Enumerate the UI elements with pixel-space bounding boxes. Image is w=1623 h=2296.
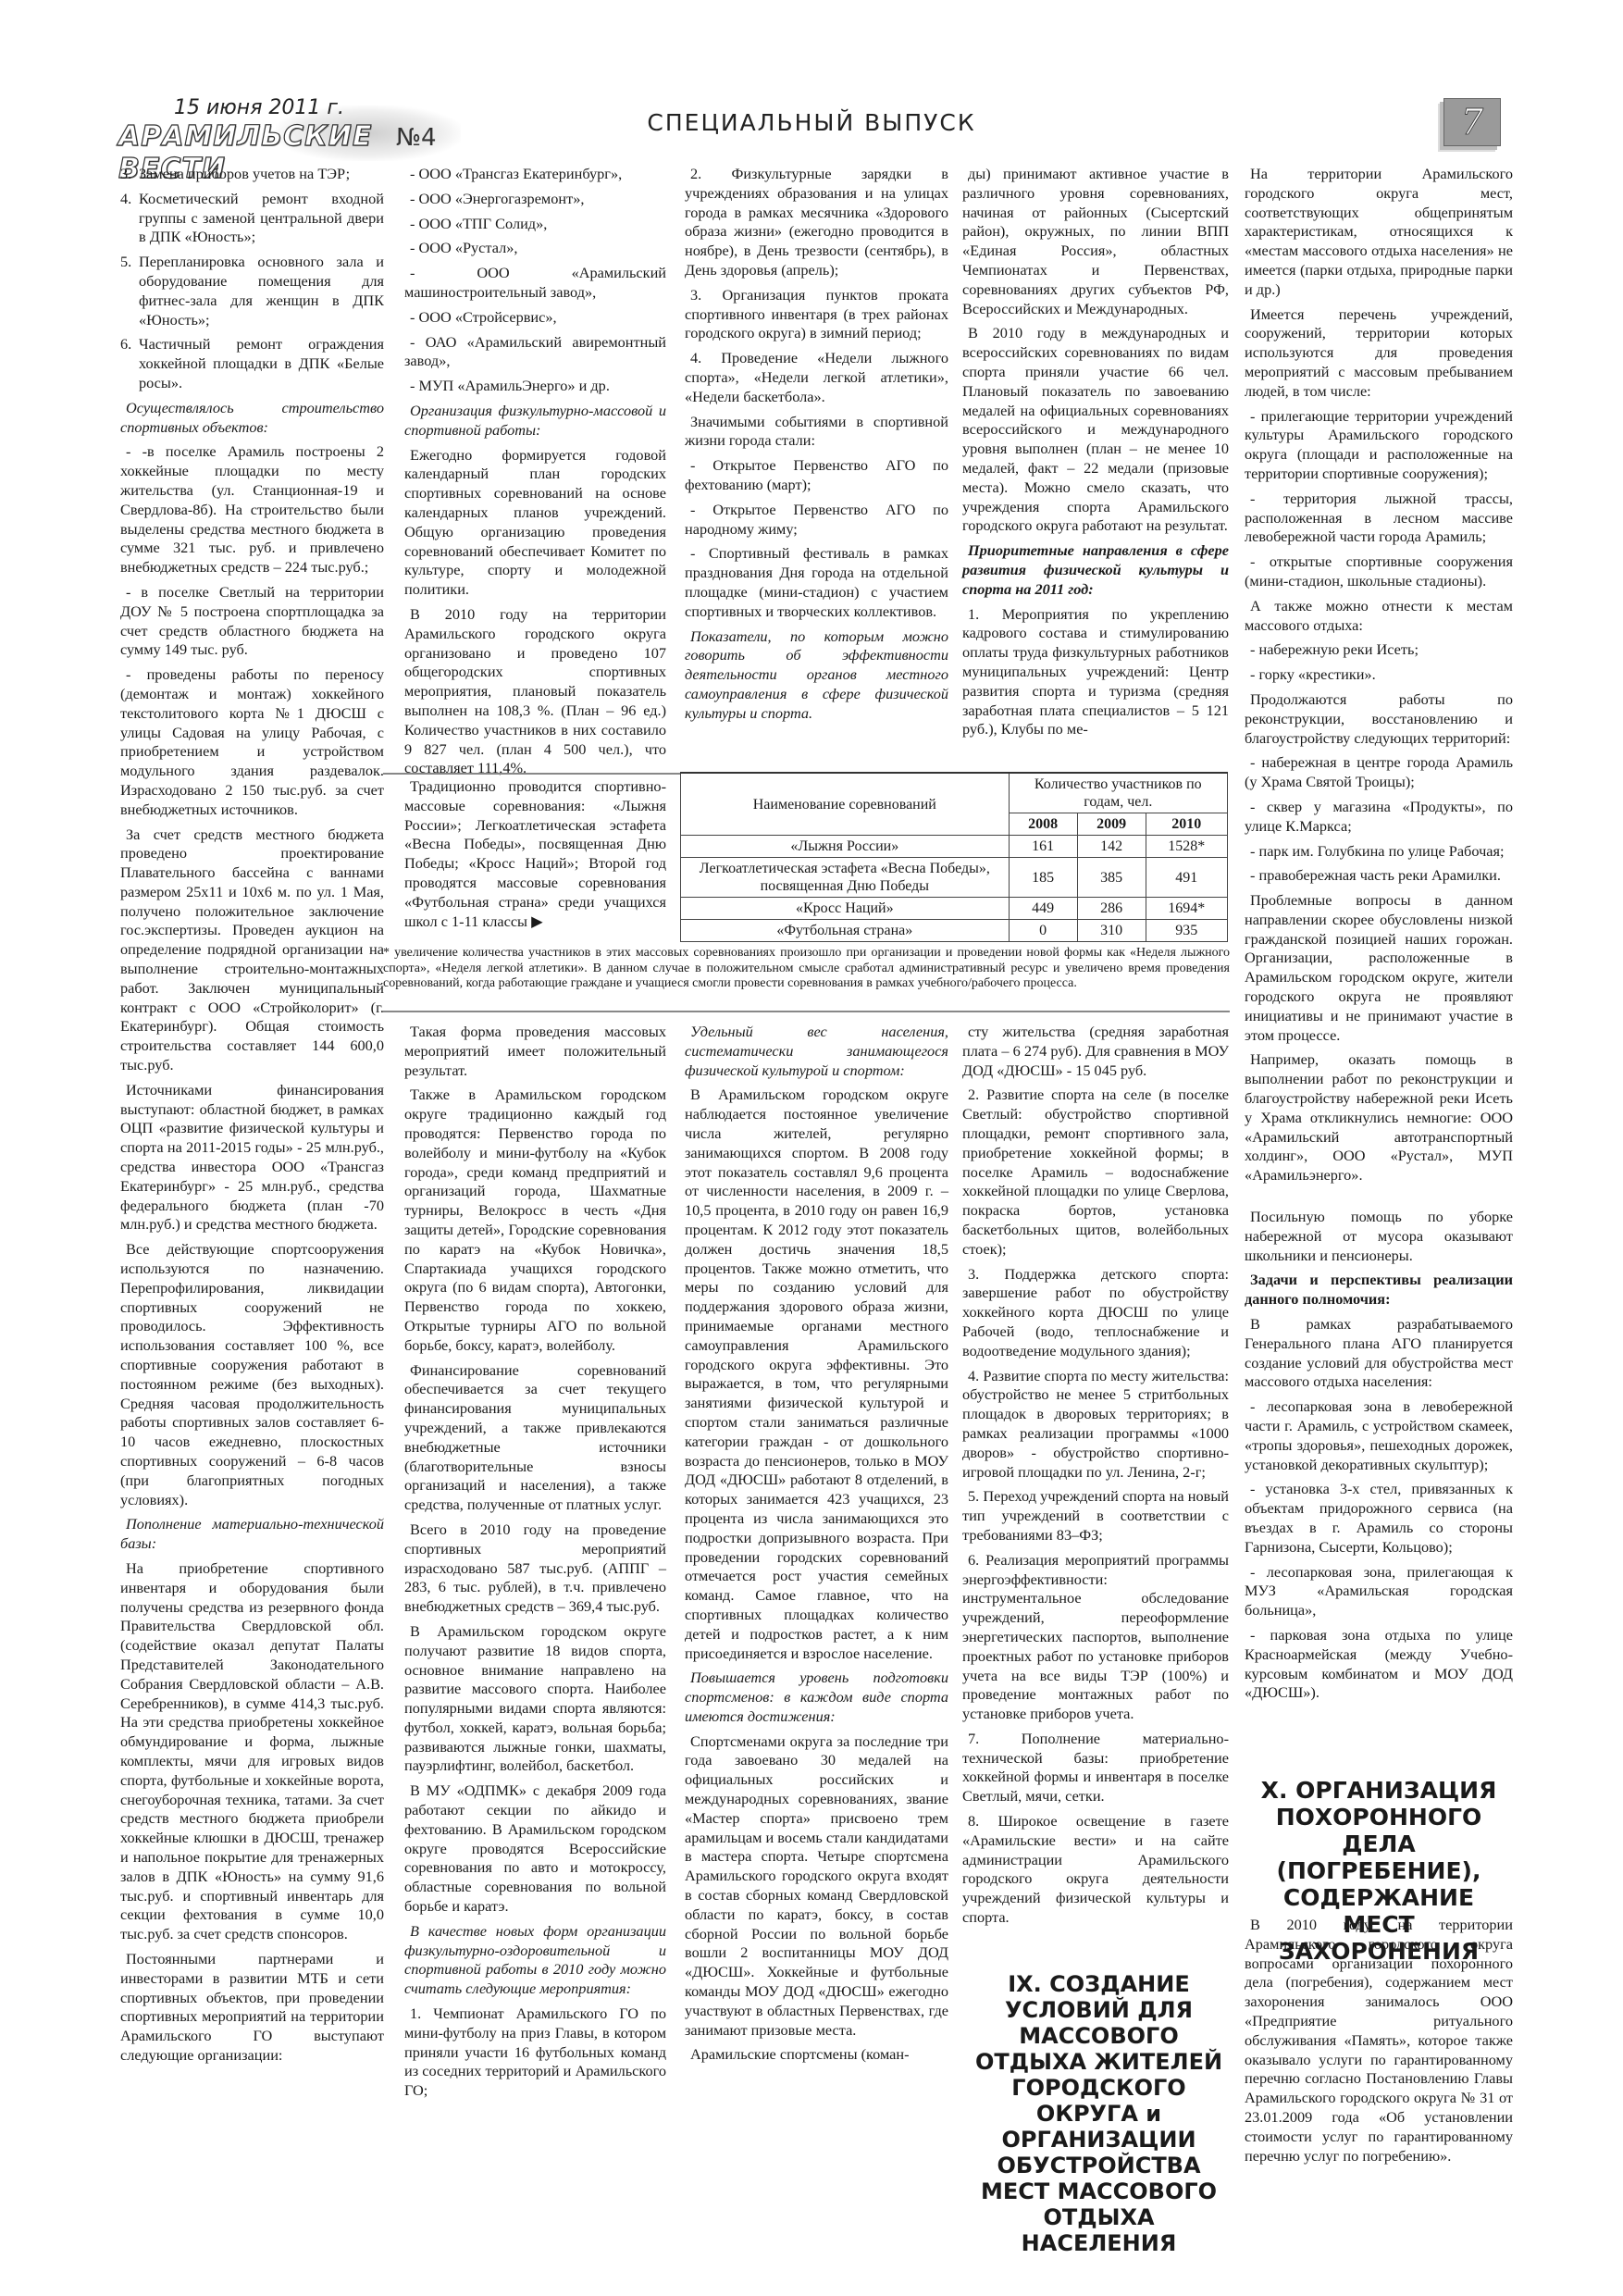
paragraph: - ООО «Трансгаз Екатеринбург»,	[404, 165, 666, 184]
paragraph: - набережная в центре города Арамиль (у …	[1245, 753, 1513, 792]
paragraph: сту жительства (средняя заработная плата…	[962, 1023, 1229, 1080]
paragraph: - проведены работы по переносу (демонтаж…	[120, 665, 384, 819]
table-row: Легкоатлетическая эстафета «Весна Победы…	[681, 858, 1228, 898]
list-number: 3.	[120, 165, 131, 184]
column-4-top: ды) принимают активное участие в различн…	[962, 165, 1229, 745]
paragraph: Источниками финансирования выступают: об…	[120, 1081, 384, 1235]
paragraph: 1. Мероприятия по укреплению кадрового с…	[962, 605, 1229, 740]
paragraph: Удельный вес населения, систематически з…	[685, 1023, 948, 1080]
paragraph: - лесопарковая зона в левобережной части…	[1245, 1397, 1513, 1474]
paragraph: Также в Арамильском городском округе тра…	[404, 1086, 666, 1355]
paragraph: - сквер у магазина «Продукты», по улице …	[1245, 798, 1513, 837]
list-text: Косметический ремонт входной группы с за…	[139, 190, 384, 246]
paragraph: В Арамильском городском округе наблюдает…	[685, 1086, 948, 1663]
paragraph: Такая форма проведения массовых мероприя…	[404, 1023, 666, 1080]
paragraph: На приобретение спортивного инвентаря и …	[120, 1559, 384, 1944]
paragraph: Повышается уровень подготовки спортсмено…	[685, 1669, 948, 1726]
column-2-mid: Традиционно проводится спортивно-массовы…	[404, 777, 666, 937]
list-item: 4.Косметический ремонт входной группы с …	[120, 190, 384, 247]
page-number: 7	[1444, 99, 1500, 145]
paragraph: ды) принимают активное участие в различн…	[962, 165, 1229, 318]
paragraph: В 2010 году на территории Арамильского г…	[1245, 1916, 1513, 2166]
value-2008: 0	[1009, 920, 1077, 942]
value-2010: 1528*	[1146, 836, 1227, 858]
paragraph: - МУП «АрамильЭнерго» и др.	[404, 377, 666, 396]
paragraph: 4. Проведение «Недели лыжного спорта», «…	[685, 349, 948, 406]
paragraph: - установка 3-х стел, привязанных к объе…	[1245, 1480, 1513, 1557]
column-5-bottom: В 2010 году на территории Арамильского г…	[1245, 1916, 1513, 2171]
paragraph: 8. Широкое освещение в газете «Арамильск…	[962, 1812, 1229, 1928]
value-2008: 449	[1009, 898, 1077, 920]
list-item: 6.Частичный ремонт ограждения хоккейной …	[120, 335, 384, 392]
divider	[383, 773, 681, 775]
column-3-bottom: Удельный вес населения, систематически з…	[685, 1023, 948, 2070]
paragraph: 3. Организация пунктов проката спортивно…	[685, 286, 948, 343]
table-header-group: Количество участников по годам, чел.	[1009, 773, 1227, 813]
paragraph: Имеется перечень учреждений, сооружений,…	[1245, 305, 1513, 402]
paragraph: Все действующие спортсооружения использу…	[120, 1240, 384, 1509]
list-text: Замена приборов учетов на ТЭР;	[139, 165, 350, 182]
section-heading-9: IX. СОЗДАНИЕ УСЛОВИЙ ДЛЯ МАССОВОГО ОТДЫХ…	[967, 1971, 1231, 2256]
paragraph: - прилегающие территории учреждений куль…	[1245, 407, 1513, 484]
column-3-top: 2. Физкультурные зарядки в учреждениях о…	[685, 165, 948, 729]
paragraph: Пополнение материально-технической базы:	[120, 1515, 384, 1554]
paragraph: В МУ «ОДПМК» с декабря 2009 года работаю…	[404, 1781, 666, 1917]
list-number: 5.	[120, 253, 131, 272]
paragraph: 5. Переход учреждений спорта на новый ти…	[962, 1487, 1229, 1545]
paragraph: 2. Физкультурные зарядки в учреждениях о…	[685, 165, 948, 280]
paragraph: Спортсменами округа за последние три год…	[685, 1732, 948, 2041]
value-2009: 286	[1077, 898, 1146, 920]
paragraph: - Открытое Первенство АГО по народному ж…	[685, 501, 948, 540]
table-header-year: 2009	[1077, 813, 1146, 836]
table-header-year: 2008	[1009, 813, 1077, 836]
list-text: Частичный ремонт ограждения хоккейной пл…	[139, 335, 384, 391]
paragraph: 3. Поддержка детского спорта: завершение…	[962, 1265, 1229, 1361]
list-number: 4.	[120, 190, 131, 209]
paragraph: А также можно отнести к местам массового…	[1245, 597, 1513, 636]
paragraph: - Спортивный фестиваль в рамках празднов…	[685, 544, 948, 621]
paragraph: 2. Развитие спорта на селе (в поселке Св…	[962, 1086, 1229, 1259]
divider	[383, 1011, 1230, 1012]
paragraph: - правобережная часть реки Арамилки.	[1245, 866, 1513, 886]
column-5-top: На территории Арамильского городского ок…	[1245, 165, 1513, 1191]
paragraph: Значимыми событиями в спортивной жизни г…	[685, 413, 948, 452]
paragraph: Финансирование соревнований обеспечивает…	[404, 1361, 666, 1515]
list-item: 5.Перепланировка основного зала и оборуд…	[120, 253, 384, 329]
paragraph: Всего в 2010 году на проведение спортивн…	[404, 1520, 666, 1617]
value-2010: 1694*	[1146, 898, 1227, 920]
paragraph: Ежегодно формируется годовой календарный…	[404, 446, 666, 600]
paragraph: - ООО «Арамильский машиностроительный за…	[404, 264, 666, 303]
paragraph: 1. Чемпионат Арамильского ГО по мини-фут…	[404, 2004, 666, 2101]
paragraph: В качестве новых форм организации физкул…	[404, 1922, 666, 1999]
paragraph: 6. Реализация мероприятий программы энер…	[962, 1551, 1229, 1724]
paragraph: Постоянными партнерами и инвесторами в р…	[120, 1950, 384, 2066]
table-row: «Футбольная страна» 0 310 935	[681, 920, 1228, 942]
paragraph: Показатели, по которым можно говорить об…	[685, 627, 948, 724]
paragraph: Проблемные вопросы в данном направлении …	[1245, 891, 1513, 1045]
competitions-table: Наименование соревнований Количество уча…	[680, 772, 1228, 942]
paragraph: - парковая зона отдыха по улице Красноар…	[1245, 1626, 1513, 1703]
paragraph: Организация физкультурно-массовой и спор…	[404, 402, 666, 441]
paragraph: - парк им. Голубкина по улице Рабочая;	[1245, 842, 1513, 862]
column-1: 3.Замена приборов учетов на ТЭР;4.Космет…	[120, 165, 384, 2071]
paragraph: Продолжаются работы по реконструкции, во…	[1245, 690, 1513, 748]
paragraph: - набережную реки Исеть;	[1245, 640, 1513, 660]
paragraph: - ООО «Энергогазремонт»,	[404, 190, 666, 209]
paragraph: Традиционно проводится спортивно-массовы…	[404, 777, 666, 931]
paragraph: - ООО «ТПГ Солид»,	[404, 215, 666, 234]
table-row: «Кросс Наций» 449 286 1694*	[681, 898, 1228, 920]
paragraph: Приоритетные направления в сфере развити…	[962, 541, 1229, 599]
paragraph: - лесопарковая зона, прилегающая к МУЗ «…	[1245, 1563, 1513, 1620]
value-2009: 310	[1077, 920, 1146, 942]
column-2-top: - ООО «Трансгаз Екатеринбург»,- ООО «Эне…	[404, 165, 666, 784]
paragraph: За счет средств местного бюджета проведе…	[120, 825, 384, 1075]
table-footnote: * увеличение количества участников в эти…	[383, 946, 1230, 992]
column-2-bottom: Такая форма проведения массовых мероприя…	[404, 1023, 666, 2106]
paragraph: Например, оказать помощь в выполнении ра…	[1245, 1050, 1513, 1185]
paragraph: В Арамильском городском округе получают …	[404, 1622, 666, 1776]
competition-name: «Футбольная страна»	[681, 920, 1010, 942]
paragraph: В 2010 году в международных и всероссийс…	[962, 324, 1229, 536]
value-2009: 142	[1077, 836, 1146, 858]
paragraph: Посильную помощь по уборке набережной от…	[1245, 1208, 1513, 1265]
paragraph: Задачи и перспективы реализации данного …	[1245, 1271, 1513, 1309]
section-label: СПЕЦИАЛЬНЫЙ ВЫПУСК	[0, 109, 1623, 136]
list-text: Перепланировка основного зала и оборудов…	[139, 253, 384, 328]
paragraph: - ОАО «Арамильский авиремонтный завод»,	[404, 333, 666, 372]
paragraph: Осуществлялось строительство спортивных …	[120, 399, 384, 438]
paragraph: - открытые спортивные сооружения (мини-с…	[1245, 552, 1513, 591]
page-number-badge: 7	[1443, 98, 1501, 146]
column-5-mid: Посильную помощь по уборке набережной от…	[1245, 1208, 1513, 1708]
value-2010: 935	[1146, 920, 1227, 942]
paragraph: - ООО «Стройсервис»,	[404, 308, 666, 328]
value-2009: 385	[1077, 858, 1146, 898]
paragraph: В 2010 году на территории Арамильского г…	[404, 605, 666, 778]
list-item: 3.Замена приборов учетов на ТЭР;	[120, 165, 384, 184]
competition-name: «Кросс Наций»	[681, 898, 1010, 920]
paragraph: 4. Развитие спорта по месту жительства: …	[962, 1367, 1229, 1483]
competition-name: Легкоатлетическая эстафета «Весна Победы…	[681, 858, 1010, 898]
paragraph: - ООО «Рустал»,	[404, 239, 666, 258]
value-2010: 491	[1146, 858, 1227, 898]
paragraph: - территория лыжной трассы, расположенна…	[1245, 490, 1513, 547]
table-header-name: Наименование соревнований	[681, 773, 1010, 836]
paragraph: В рамках разрабатываемого Генерального п…	[1245, 1315, 1513, 1392]
paragraph: - Открытое Первенство АГО по фехтованию …	[685, 456, 948, 495]
table-row: «Лыжня России» 161 142 1528*	[681, 836, 1228, 858]
paragraph: На территории Арамильского городского ок…	[1245, 165, 1513, 300]
paragraph: - горку «крестики».	[1245, 665, 1513, 685]
value-2008: 161	[1009, 836, 1077, 858]
column-4-bottom: сту жительства (средняя заработная плата…	[962, 1023, 1229, 1933]
paragraph: Арамильские спортсмены (коман-	[685, 2045, 948, 2065]
competition-name: «Лыжня России»	[681, 836, 1010, 858]
paragraph: - -в поселке Арамиль построены 2 хоккейн…	[120, 442, 384, 577]
table-header-year: 2010	[1146, 813, 1227, 836]
paragraph: - в поселке Светлый на территории ДОУ № …	[120, 583, 384, 660]
paragraph: 7. Пополнение материально-технической ба…	[962, 1730, 1229, 1806]
list-number: 6.	[120, 335, 131, 354]
value-2008: 185	[1009, 858, 1077, 898]
